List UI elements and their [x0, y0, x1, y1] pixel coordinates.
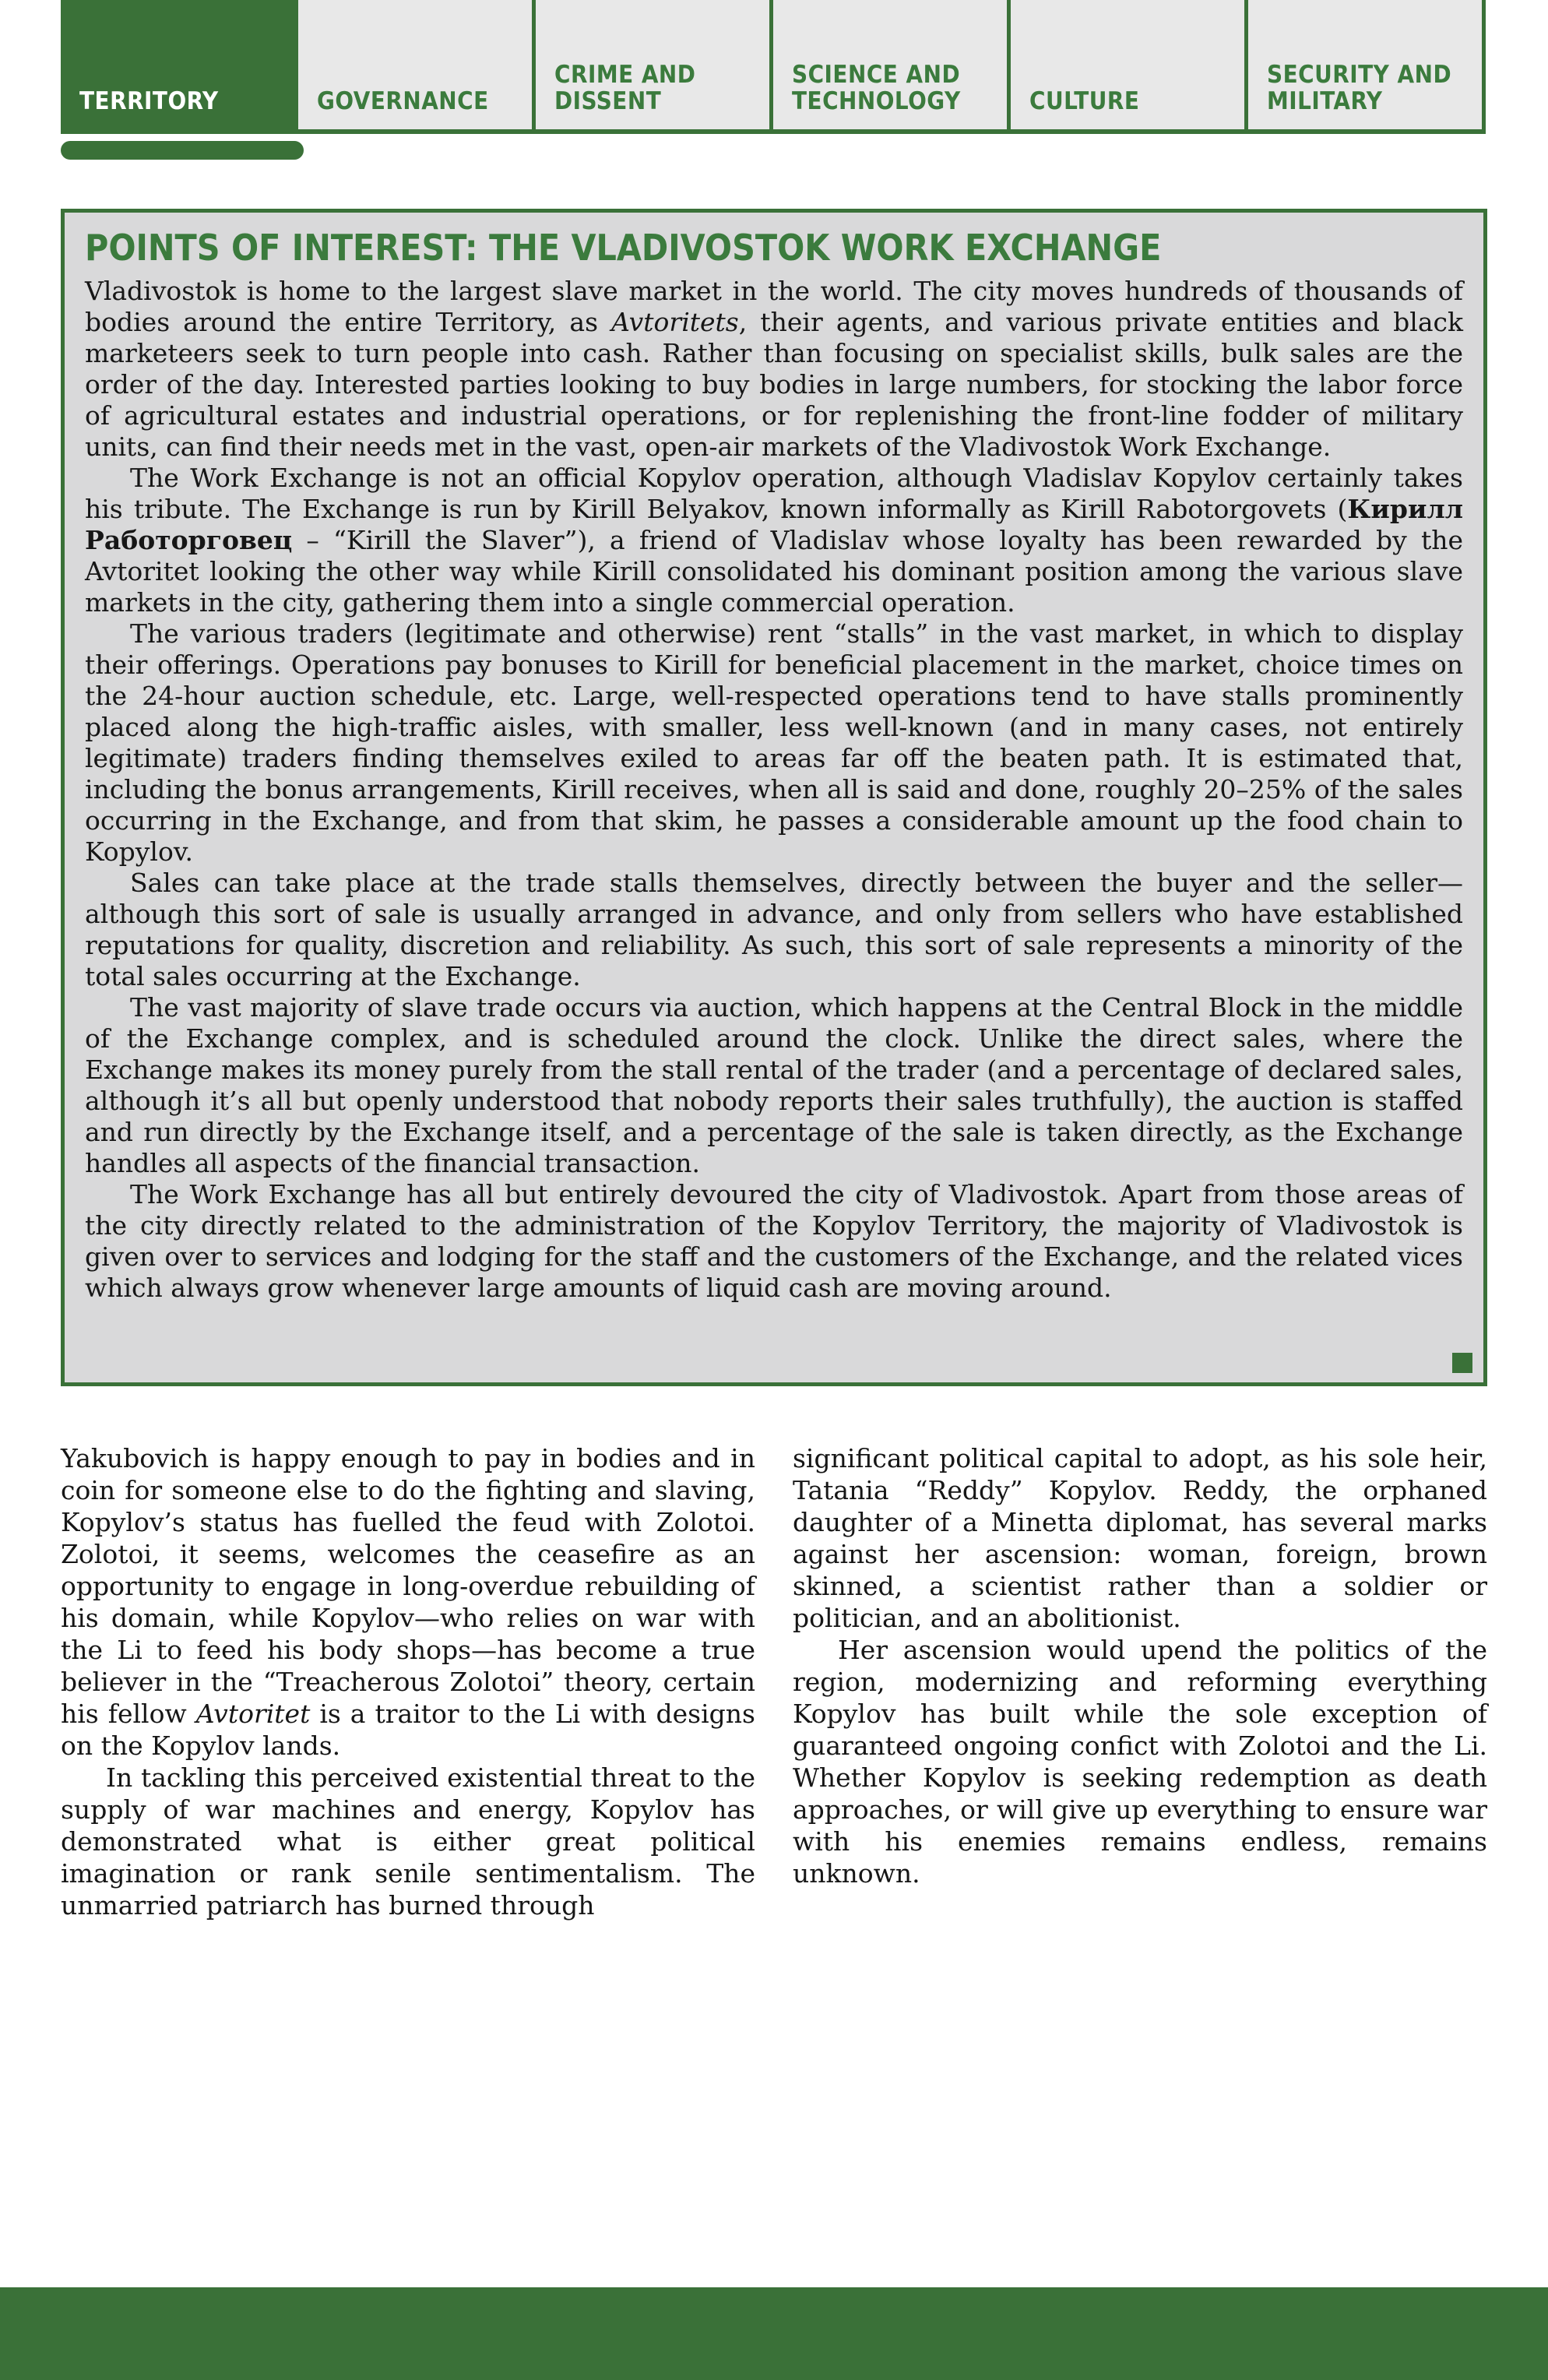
- tab-culture[interactable]: CULTURE: [1011, 0, 1244, 129]
- right-column: significant political capital to adopt, …: [793, 1442, 1487, 1921]
- body-paragraph: In tackling this perceived existential t…: [61, 1762, 755, 1921]
- end-of-article-marker: [1452, 1353, 1472, 1373]
- box-paragraph: The Work Exchange is not an official Kop…: [85, 463, 1463, 618]
- tab-culture-label: CULTURE: [1029, 88, 1139, 115]
- active-tab-indicator: [61, 141, 304, 160]
- tab-crime-and-dissent-label: CRIME AND DISSENT: [554, 62, 762, 115]
- tab-territory-label: TERRITORY: [79, 88, 219, 115]
- tab-governance[interactable]: GOVERNANCE: [298, 0, 532, 129]
- tab-science-and-technology[interactable]: SCIENCE AND TECHNOLOGY: [773, 0, 1007, 129]
- box-paragraph: Sales can take place at the trade stalls…: [85, 868, 1463, 992]
- box-title: POINTS OF INTEREST: THE VLADIVOSTOK WORK…: [85, 227, 1463, 269]
- section-tabbar: TERRITORY GOVERNANCE CRIME AND DISSENT S…: [61, 0, 1486, 134]
- box-paragraph: The Work Exchange has all but entirely d…: [85, 1179, 1463, 1304]
- page: { "colors": { "green": "#3a7138", "green…: [0, 0, 1548, 2380]
- tab-governance-label: GOVERNANCE: [317, 88, 489, 115]
- points-of-interest-box: POINTS OF INTEREST: THE VLADIVOSTOK WORK…: [61, 209, 1487, 1386]
- left-column: Yakubovich is happy enough to pay in bod…: [61, 1442, 755, 1921]
- box-paragraph: Vladivostok is home to the largest slave…: [85, 276, 1463, 463]
- tab-territory[interactable]: TERRITORY: [61, 0, 294, 129]
- tab-crime-and-dissent[interactable]: CRIME AND DISSENT: [536, 0, 769, 129]
- body-paragraph: Yakubovich is happy enough to pay in bod…: [61, 1442, 755, 1762]
- body-paragraph: significant political capital to adopt, …: [793, 1442, 1487, 1634]
- body-columns: Yakubovich is happy enough to pay in bod…: [61, 1442, 1487, 1921]
- footer-band: [0, 2287, 1548, 2380]
- body-paragraph: Her ascension would upend the politics o…: [793, 1634, 1487, 1889]
- tab-security-and-military[interactable]: SECURITY AND MILITARY: [1248, 0, 1482, 129]
- tab-security-and-military-label: SECURITY AND MILITARY: [1267, 62, 1474, 115]
- tab-science-and-technology-label: SCIENCE AND TECHNOLOGY: [792, 62, 999, 115]
- box-paragraph: The various traders (legitimate and othe…: [85, 618, 1463, 868]
- box-paragraph: The vast majority of slave trade occurs …: [85, 992, 1463, 1179]
